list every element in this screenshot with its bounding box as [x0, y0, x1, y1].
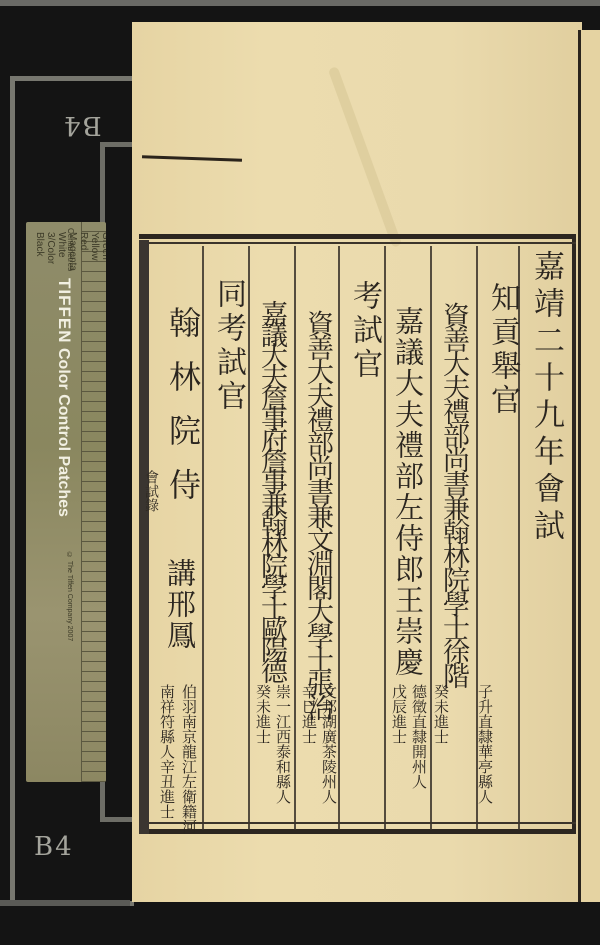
- frame-rule-top: [139, 242, 576, 244]
- fold-margin-bar: [139, 240, 149, 834]
- strip-copyright: © The Tiffen Company 2007: [66, 552, 73, 641]
- patch-label: White: [56, 232, 67, 271]
- patch-label: Yellow: [89, 232, 100, 271]
- official-note-native: 德徵直隸開州人: [410, 684, 427, 789]
- patch-label: Green: [100, 232, 106, 271]
- official-name: 資善大夫禮部尚書兼文淵閣大學士張治: [298, 310, 337, 718]
- section-heading-associate-examiner: 同考試官: [206, 278, 250, 414]
- official-note-degree: 癸未進士: [432, 684, 449, 744]
- ruler-scale: [81, 222, 106, 782]
- official-note-native: 子升直隸華亭縣人: [476, 684, 493, 804]
- ink-mark: [142, 155, 242, 161]
- official-note-degree: 辛巳進士: [300, 684, 317, 744]
- official-name: 資善大夫禮部尚書兼翰林院學士徐階: [434, 302, 473, 686]
- strip-patch-labels: Blue Cyan Green Yellow Red Magenta White…: [34, 232, 106, 299]
- color-control-strip: Centimetres TIFFEN Color Control Patches…: [26, 222, 106, 782]
- frame-rule-bottom: [139, 822, 576, 824]
- section-heading-examiner: 考試官: [342, 280, 386, 382]
- strip-title: Color Control Patches: [54, 348, 72, 517]
- backdrop-bottom-edge: [0, 900, 130, 906]
- fold-margin-title: 會試錄: [141, 470, 161, 512]
- column-rule: [294, 246, 296, 830]
- official-note-degree: 癸未進士: [254, 684, 271, 744]
- official-name: 嘉議大夫禮部左侍郎王崇慶: [388, 306, 429, 678]
- adjacent-page-edge: [578, 30, 600, 902]
- official-name-tail: 講邢鳳: [160, 558, 201, 651]
- official-note-native: 崇一江西泰和縣人: [274, 684, 291, 804]
- official-note-native: 文邦湖廣茶陵州人: [320, 684, 337, 804]
- shelf-label-top: B4: [62, 110, 102, 140]
- official-note-native: 伯羽南京龍江左衛籍河: [180, 684, 197, 834]
- backdrop-top-edge: [0, 0, 600, 6]
- official-name: 嘉議大夫詹事府詹事兼翰林院學士歐陽德: [252, 300, 291, 678]
- section-heading-chief-examiner: 知貢舉官: [480, 282, 524, 418]
- patch-label: Magenta: [67, 232, 78, 271]
- water-stain: [328, 66, 402, 248]
- official-note-degree: 南祥符縣人辛丑進士: [158, 684, 175, 819]
- official-note-degree: 戊辰進士: [390, 684, 407, 744]
- shelf-label-bottom: B4: [34, 832, 74, 862]
- patch-label: 3/Color: [45, 232, 56, 271]
- official-name-main: 翰林院侍: [160, 306, 206, 522]
- patch-label: Black: [34, 232, 45, 271]
- column-rule: [338, 246, 340, 830]
- patch-label: Red: [78, 232, 89, 271]
- document-title: 嘉靖二十九年會試: [524, 250, 569, 546]
